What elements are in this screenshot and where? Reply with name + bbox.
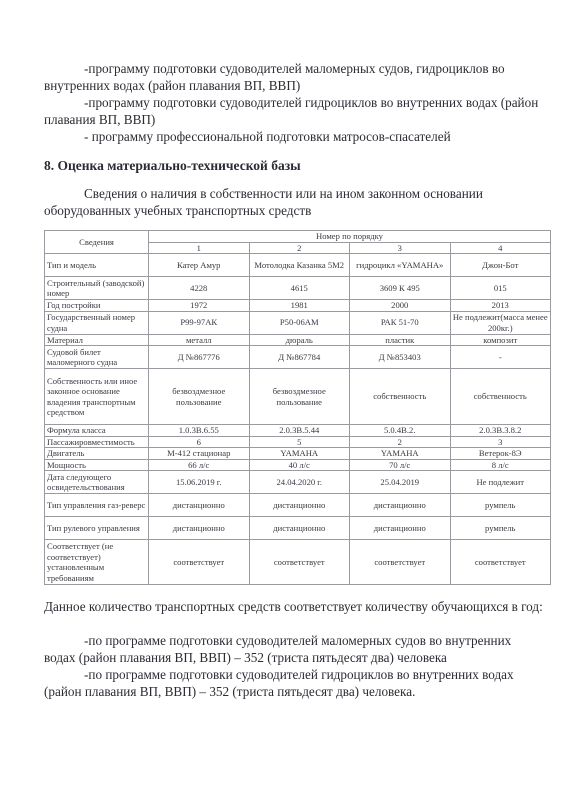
intro-item-3: - программу профессиональной подготовки … <box>44 128 544 145</box>
row-value-1: дистанционно <box>149 494 250 517</box>
row-value-4: собственность <box>450 369 551 425</box>
row-value-3: РАК 51-70 <box>350 311 451 334</box>
section-heading: 8. Оценка материально-технической базы <box>44 157 544 174</box>
row-value-1: 1.0.3В.6.55 <box>149 425 250 437</box>
header-number-2: 2 <box>249 242 350 254</box>
row-value-4: румпель <box>450 517 551 540</box>
row-value-3: 5.0.4В.2. <box>350 425 451 437</box>
row-label: Государственный номер судна <box>45 311 149 334</box>
header-number-4: 4 <box>450 242 551 254</box>
row-value-3: дистанционно <box>350 517 451 540</box>
row-label: Материал <box>45 334 149 346</box>
row-value-3: гидроцикл «YAMAHA» <box>350 254 451 277</box>
row-label: Тип и модель <box>45 254 149 277</box>
row-value-3: соответствует <box>350 540 451 585</box>
row-label: Тип рулевого управления <box>45 517 149 540</box>
row-label: Формула класса <box>45 425 149 437</box>
row-value-3: 2 <box>350 436 451 448</box>
row-label: Пассажировместимость <box>45 436 149 448</box>
row-value-1: дистанционно <box>149 517 250 540</box>
header-info: Сведения <box>45 231 149 254</box>
table-row: Дата следующего освидетельствования15.06… <box>45 471 551 494</box>
row-value-2: 40 л/с <box>249 459 350 471</box>
row-value-2: 24.04.2020 г. <box>249 471 350 494</box>
row-label: Соответствует (не соответствует) установ… <box>45 540 149 585</box>
header-number-1: 1 <box>149 242 250 254</box>
row-value-3: дистанционно <box>350 494 451 517</box>
row-value-3: 3609 К 495 <box>350 277 451 300</box>
row-label: Собственность или иное законное основани… <box>45 369 149 425</box>
row-value-2: 4615 <box>249 277 350 300</box>
row-value-4: 3 <box>450 436 551 448</box>
row-label: Год постройки <box>45 300 149 312</box>
row-label: Мощность <box>45 459 149 471</box>
row-value-4: румпель <box>450 494 551 517</box>
row-value-3: собственность <box>350 369 451 425</box>
row-label: Дата следующего освидетельствования <box>45 471 149 494</box>
row-value-1: Д №867776 <box>149 346 250 369</box>
row-value-2: Р50-06АМ <box>249 311 350 334</box>
table-row: ДвигательМ-412 стационарYAMAHAYAMAHAВете… <box>45 448 551 460</box>
row-label: Строительный (заводской) номер <box>45 277 149 300</box>
row-value-2: Мотолодка Казанка 5М2 <box>249 254 350 277</box>
row-value-2: Д №867784 <box>249 346 350 369</box>
row-value-2: YAMAHA <box>249 448 350 460</box>
row-value-1: 4228 <box>149 277 250 300</box>
conclusion-item-1: -по программе подготовки судоводителей м… <box>44 632 544 666</box>
table-row: Собственность или иное законное основани… <box>45 369 551 425</box>
row-value-2: 2.0.3В.5.44 <box>249 425 350 437</box>
row-value-2: 5 <box>249 436 350 448</box>
conclusion-lead: Данное количество транспортных средств с… <box>44 598 544 615</box>
row-value-3: 70 л/с <box>350 459 451 471</box>
row-value-2: дистанционно <box>249 517 350 540</box>
row-label: Тип управления газ-реверс <box>45 494 149 517</box>
row-value-4: 8 л/с <box>450 459 551 471</box>
table-row: Строительный (заводской) номер4228461536… <box>45 277 551 300</box>
table-row: Материалметаллдюральпластиккомпозит <box>45 334 551 346</box>
table-header-row: Сведения Номер по порядку <box>45 231 551 243</box>
row-value-1: 6 <box>149 436 250 448</box>
section-description: Сведения о наличия в собственности или н… <box>44 185 544 219</box>
table-row: Тип управления газ-реверсдистанционнодис… <box>45 494 551 517</box>
row-value-1: Катер Амур <box>149 254 250 277</box>
table-row: Пассажировместимость6523 <box>45 436 551 448</box>
header-group: Номер по порядку <box>149 231 551 243</box>
conclusion-item-2: -по программе подготовки судоводителей г… <box>44 666 544 700</box>
row-value-3: 2000 <box>350 300 451 312</box>
row-value-4: Не подлежит <box>450 471 551 494</box>
row-value-2: дюраль <box>249 334 350 346</box>
row-value-4: Ветерок-8Э <box>450 448 551 460</box>
table-row: Государственный номер суднаР99-97АКР50-0… <box>45 311 551 334</box>
row-value-4: соответствует <box>450 540 551 585</box>
row-value-1: 15.06.2019 г. <box>149 471 250 494</box>
table-row: Тип рулевого управлениядистанционнодиста… <box>45 517 551 540</box>
table-row: Формула класса1.0.3В.6.552.0.3В.5.445.0.… <box>45 425 551 437</box>
row-value-1: соответствует <box>149 540 250 585</box>
row-value-4: - <box>450 346 551 369</box>
header-number-3: 3 <box>350 242 451 254</box>
table-row: Тип и модельКатер АмурМотолодка Казанка … <box>45 254 551 277</box>
row-value-2: дистанционно <box>249 494 350 517</box>
row-value-1: Р99-97АК <box>149 311 250 334</box>
table-row: Соответствует (не соответствует) установ… <box>45 540 551 585</box>
row-value-1: М-412 стационар <box>149 448 250 460</box>
row-value-2: безвоздмезное пользование <box>249 369 350 425</box>
document-page: -программу подготовки судоводителей мало… <box>0 0 566 800</box>
row-value-1: 66 л/с <box>149 459 250 471</box>
row-value-1: 1972 <box>149 300 250 312</box>
row-value-1: металл <box>149 334 250 346</box>
row-label: Судовой билет маломерного судна <box>45 346 149 369</box>
row-value-3: 25.04.2019 <box>350 471 451 494</box>
table-row: Судовой билет маломерного суднаД №867776… <box>45 346 551 369</box>
row-value-4: Не подлежит(масса менее 200кг.) <box>450 311 551 334</box>
intro-item-2: -программу подготовки судоводителей гидр… <box>44 94 544 128</box>
row-value-2: 1981 <box>249 300 350 312</box>
row-label: Двигатель <box>45 448 149 460</box>
row-value-4: 015 <box>450 277 551 300</box>
row-value-1: безвоздмезное пользование <box>149 369 250 425</box>
table-row: Мощность66 л/с40 л/с70 л/с8 л/с <box>45 459 551 471</box>
row-value-3: Д №853403 <box>350 346 451 369</box>
row-value-4: Джон-Бот <box>450 254 551 277</box>
table-row: Год постройки1972198120002013 <box>45 300 551 312</box>
row-value-4: композит <box>450 334 551 346</box>
row-value-4: 2013 <box>450 300 551 312</box>
row-value-3: пластик <box>350 334 451 346</box>
row-value-2: соответствует <box>249 540 350 585</box>
row-value-4: 2.0.3В.3.8.2 <box>450 425 551 437</box>
vessels-table: Сведения Номер по порядку 1 2 3 4 Тип и … <box>44 230 551 585</box>
intro-item-1: -программу подготовки судоводителей мало… <box>44 60 544 94</box>
row-value-3: YAMAHA <box>350 448 451 460</box>
